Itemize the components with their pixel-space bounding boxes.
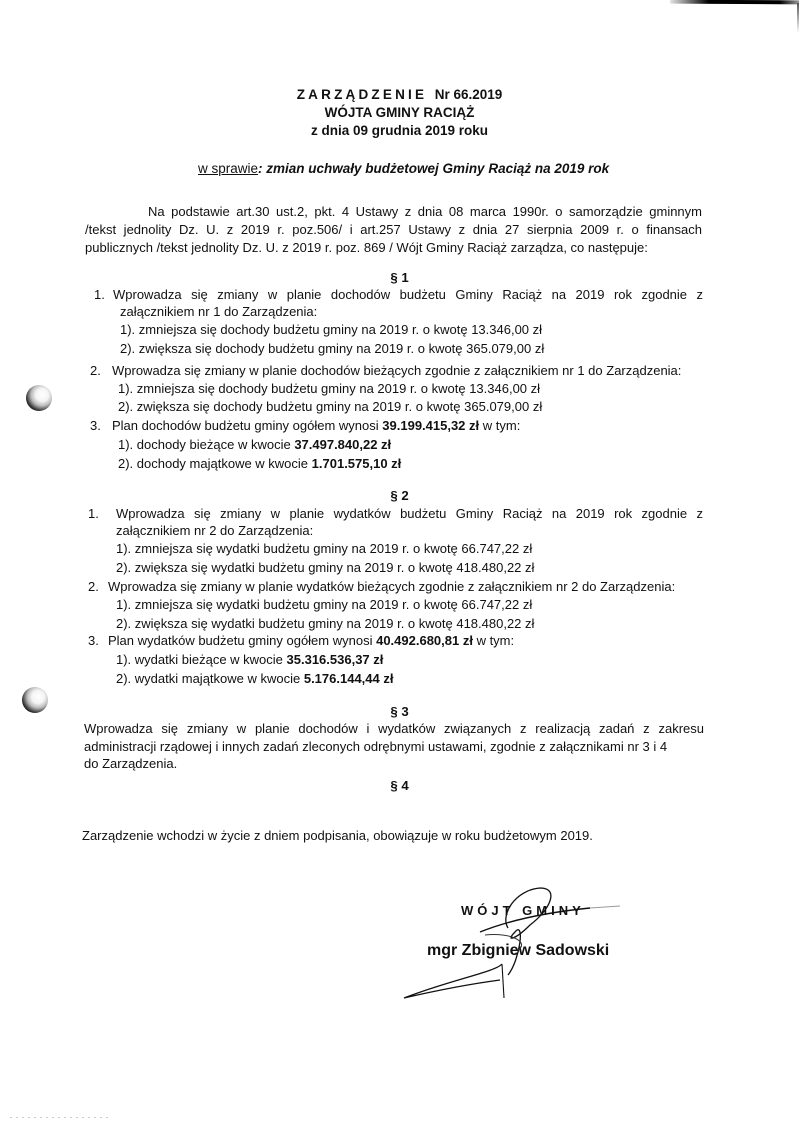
section-heading: § 1 (0, 269, 799, 286)
section-heading: § 2 (0, 487, 799, 504)
list-number: 2. (90, 362, 101, 379)
sub-item: 1). zmniejsza się dochody budżetu gminy … (118, 380, 540, 397)
list-item-text: Wprowadza się zmiany w planie wydatków b… (108, 578, 675, 595)
list-item-text: Wprowadza się zmiany w planie dochodów b… (112, 362, 681, 379)
list-number: 1. (94, 286, 105, 303)
amount: 37.497.840,22 zł (294, 437, 391, 452)
total-amount: 40.492.680,81 zł (376, 633, 473, 648)
sub-item: 1). zmniejsza się wydatki budżetu gminy … (116, 596, 532, 613)
sub-item: 1). dochody bieżące w kwocie 37.497.840,… (118, 436, 391, 453)
list-item-text: Plan wydatków budżetu gminy ogółem wynos… (108, 632, 514, 649)
preamble-line: /tekst jednolity Dz. U. z 2019 r. poz.50… (85, 221, 702, 238)
list-number: 3. (88, 632, 99, 649)
list-item-text: załącznikiem nr 1 do Zarządzenia: (120, 303, 317, 320)
list-number: 2. (88, 578, 99, 595)
issuing-authority: WÓJTA GMINY RACIĄŻ (0, 104, 799, 121)
title-word: ZARZĄDZENIE (297, 87, 427, 102)
sub-item: 2). zwiększa się dochody budżetu gminy n… (118, 398, 542, 415)
section-heading: § 3 (0, 703, 799, 720)
list-number: 1. (88, 505, 99, 522)
scan-edge-top (670, 0, 799, 4)
sub-item: 1). zmniejsza się wydatki budżetu gminy … (116, 540, 532, 557)
document-number: Nr 66.2019 (435, 87, 503, 102)
sub-item: 2). zwiększa się dochody budżetu gminy n… (120, 340, 544, 357)
list-number: 3. (90, 417, 101, 434)
amount: 5.176.144,44 zł (304, 671, 394, 686)
total-amount: 39.199.415,32 zł (382, 418, 479, 433)
preamble-line: Na podstawie art.30 ust.2, pkt. 4 Ustawy… (148, 203, 702, 220)
subject-text: zmian uchwały budżetowej Gminy Raciąż na… (263, 161, 610, 176)
paragraph-line: administracji rządowej i innych zadań zl… (84, 738, 667, 755)
list-item-text: Wprowadza się zmiany w planie dochodów b… (113, 286, 703, 303)
paragraph-line: Zarządzenie wchodzi w życie z dniem podp… (82, 827, 593, 844)
document-date: z dnia 09 grudnia 2019 roku (0, 122, 799, 139)
document-subject: w sprawie: zmian uchwały budżetowej Gmin… (198, 160, 609, 177)
sub-item: 2). dochody majątkowe w kwocie 1.701.575… (118, 455, 401, 472)
list-item-text: Plan dochodów budżetu gminy ogółem wynos… (112, 417, 520, 434)
sub-item: 2). zwiększa się wydatki budżetu gminy n… (116, 615, 534, 632)
list-item-text: załącznikiem nr 2 do Zarządzenia: (116, 522, 313, 539)
preamble-line: publicznych /tekst jednolity Dz. U. z 20… (85, 239, 648, 256)
punch-hole (26, 385, 52, 411)
sub-item: 1). zmniejsza się dochody budżetu gminy … (120, 321, 542, 338)
sub-item: 1). wydatki bieżące w kwocie 35.316.536,… (116, 651, 383, 668)
subject-label: w sprawie (198, 161, 258, 176)
list-item-text: Wprowadza się zmiany w planie wydatków b… (116, 505, 703, 522)
sub-item: 2). zwiększa się wydatki budżetu gminy n… (116, 559, 534, 576)
handwritten-signature-icon (390, 880, 630, 1010)
paragraph-line: do Zarządzenia. (84, 755, 177, 772)
section-heading: § 4 (0, 777, 799, 794)
document-title: ZARZĄDZENIE Nr 66.2019 (0, 86, 799, 103)
scan-artifact (10, 1117, 110, 1118)
amount: 35.316.536,37 zł (287, 652, 384, 667)
amount: 1.701.575,10 zł (312, 456, 402, 471)
sub-item: 2). wydatki majątkowe w kwocie 5.176.144… (116, 670, 393, 687)
paragraph-line: Wprowadza się zmiany w planie dochodów i… (84, 720, 704, 737)
